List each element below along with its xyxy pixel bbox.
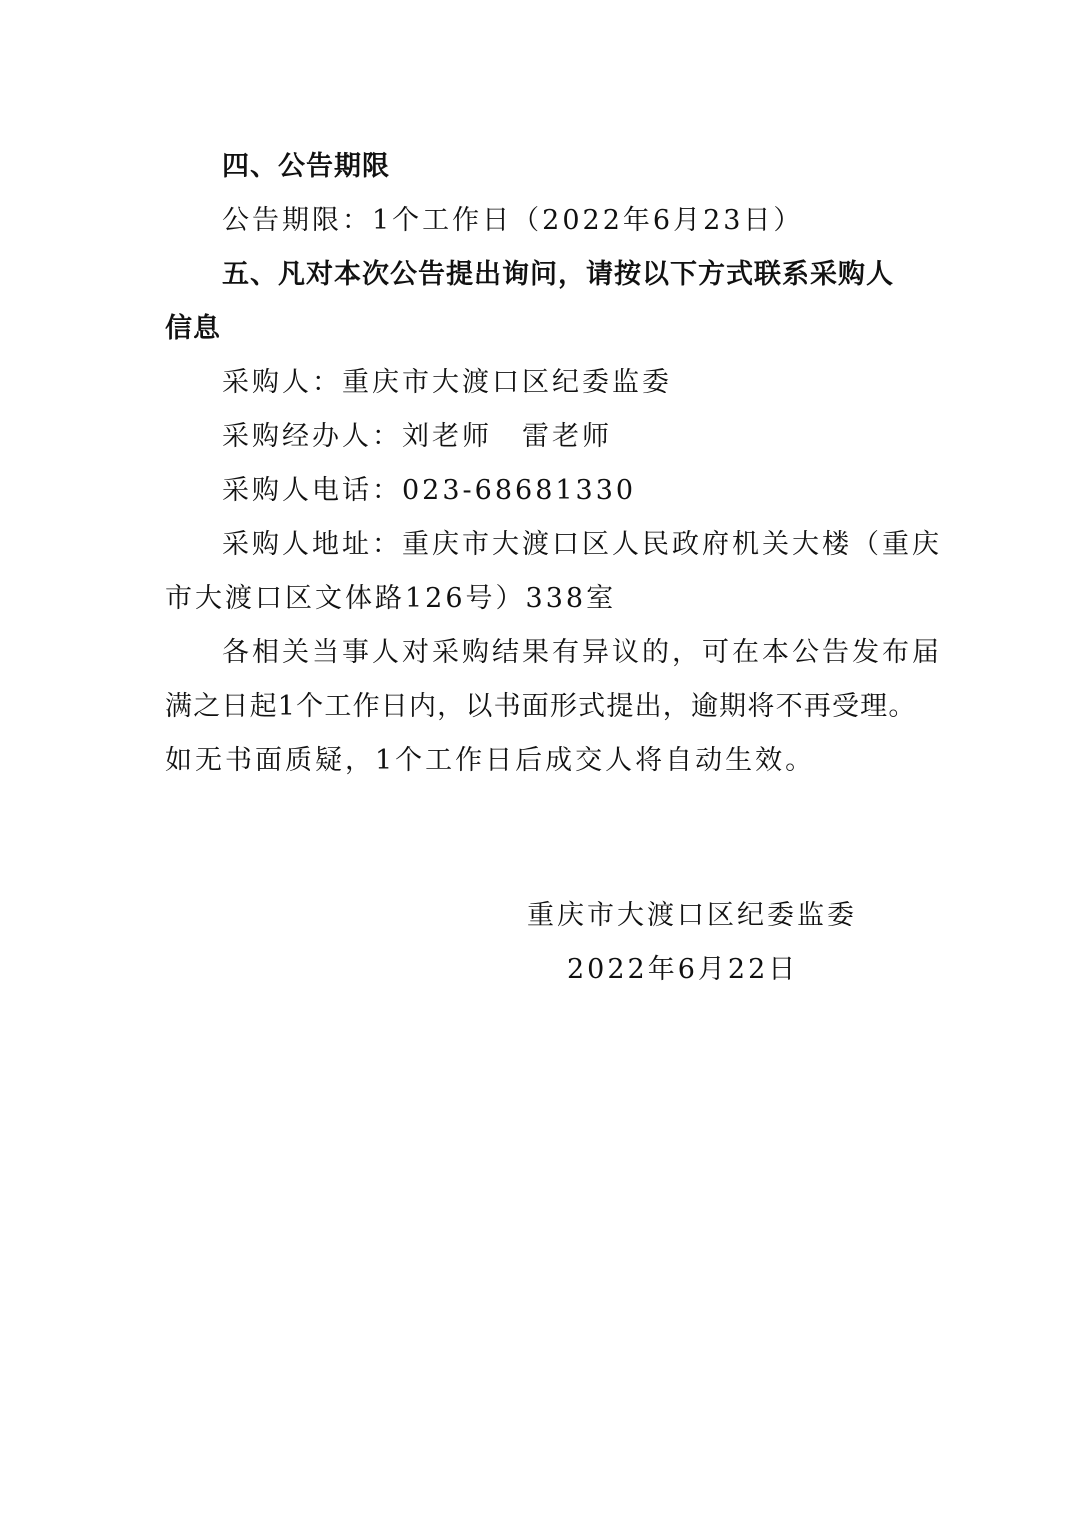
objection-notice-line3: 如无书面质疑，1个工作日后成交人将自动生效。	[165, 734, 917, 788]
signature-organization: 重庆市大渡口区纪委监委	[527, 889, 857, 943]
document-body: 四、公告期限 公告期限：1个工作日（2022年6月23日） 五、凡对本次公告提出…	[165, 140, 917, 788]
section-heading-contact-line2: 信息	[165, 302, 917, 356]
announcement-period-text: 公告期限：1个工作日（2022年6月23日）	[165, 194, 917, 248]
objection-notice-line2: 满之日起1个工作日内，以书面形式提出，逾期将不再受理。	[165, 680, 917, 734]
purchaser-phone: 采购人电话：023-68681330	[165, 464, 917, 518]
section-heading-contact-line1: 五、凡对本次公告提出询问，请按以下方式联系采购人	[165, 248, 917, 302]
purchaser-address-line2: 市大渡口区文体路126号）338室	[165, 572, 917, 626]
signature-date: 2022年6月22日	[567, 943, 798, 997]
section-heading-announcement-period: 四、公告期限	[165, 140, 917, 194]
purchaser-name: 采购人：重庆市大渡口区纪委监委	[165, 356, 917, 410]
purchaser-handlers: 采购经办人：刘老师 雷老师	[165, 410, 917, 464]
document-page: 四、公告期限 公告期限：1个工作日（2022年6月23日） 五、凡对本次公告提出…	[0, 0, 1074, 1520]
purchaser-address-line1: 采购人地址：重庆市大渡口区人民政府机关大楼（重庆	[165, 518, 917, 572]
objection-notice-line1: 各相关当事人对采购结果有异议的，可在本公告发布届	[165, 626, 917, 680]
